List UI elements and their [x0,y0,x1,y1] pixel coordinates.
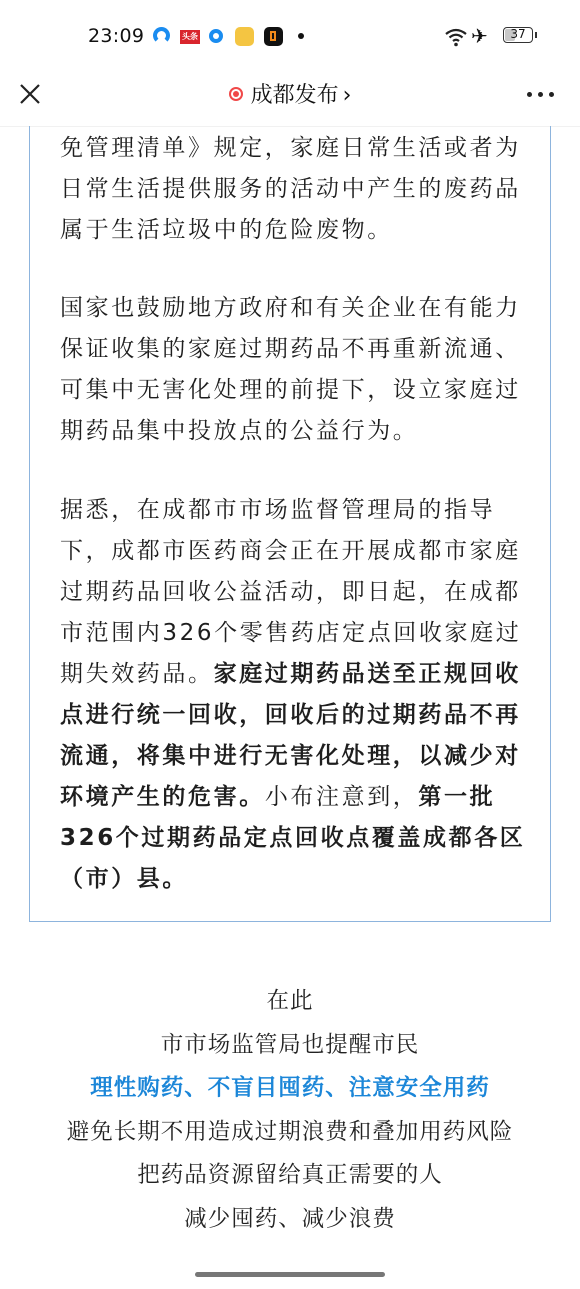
more-icon[interactable] [527,92,554,97]
yellow-book-app-icon [235,27,254,46]
nav-bar: 成都发布› [0,70,580,127]
closing-reminder: 在此 市市场监管局也提醒市民 理性购药、不盲目囤药、注意安全用药 避免长期不用造… [0,980,580,1241]
account-name: 成都发布 [251,83,339,108]
paragraph-text: 国家也鼓励地方政府和有关企业在有能力保证收集的家庭过期药品不再重新流通、可集中无… [60,295,521,444]
closing-line: 避免长期不用造成过期浪费和叠加用药风险 [0,1111,580,1155]
chevron-right-icon: › [343,83,352,108]
home-indicator[interactable] [195,1272,385,1277]
black-app-icon [264,27,283,46]
closing-line: 减少囤药、减少浪费 [0,1198,580,1242]
closing-line: 把药品资源留给真正需要的人 [0,1154,580,1198]
article-paragraph: 免管理清单》规定，家庭日常生活或者为日常生活提供服务的活动中产生的废药品属于生活… [60,128,530,251]
status-bar: 23:09 头条 ✈ 37 [0,0,580,70]
status-time: 23:09 [88,25,144,47]
paragraph-text: 据悉，在成都市市场监督管理局的指导下，成都市医药商会正在开展成都市家庭过期药品回… [60,497,521,687]
closing-line: 市市场监管局也提醒市民 [0,1024,580,1068]
more-notifications-dot [298,33,304,39]
account-title-link[interactable]: 成都发布› [0,78,580,109]
wifi-icon [445,27,467,47]
airplane-icon: ✈ [471,24,488,48]
paragraph-text: 小布注意到， [265,784,419,810]
circle-app-icon [153,27,170,44]
article-quote-box: 免管理清单》规定，家庭日常生活或者为日常生活提供服务的活动中产生的废药品属于生活… [29,126,551,922]
battery-icon: 37 [503,27,533,43]
article-paragraph: 国家也鼓励地方政府和有关企业在有能力保证收集的家庭过期药品不再重新流通、可集中无… [60,288,530,452]
official-account-icon [229,87,243,101]
closing-highlight-line: 理性购药、不盲目囤药、注意安全用药 [0,1067,580,1111]
article-paragraph: 据悉，在成都市市场监督管理局的指导下，成都市医药商会正在开展成都市家庭过期药品回… [60,490,530,900]
closing-line: 在此 [0,980,580,1024]
toutiao-icon: 头条 [180,30,200,44]
blue-dot-app-icon [209,29,223,43]
battery-level: 37 [504,27,532,41]
paragraph-text: 免管理清单》规定，家庭日常生活或者为日常生活提供服务的活动中产生的废药品属于生活… [60,135,521,243]
